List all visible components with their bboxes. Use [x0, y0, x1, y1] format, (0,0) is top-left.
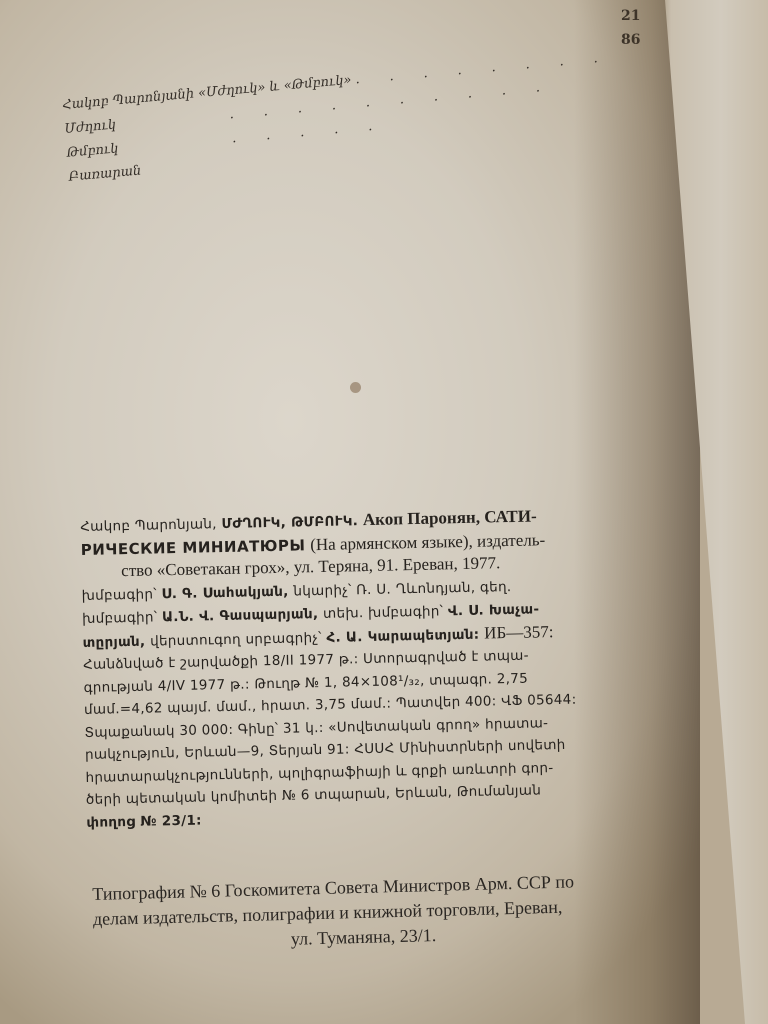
- toc-entry-label: Մժղուկ: [64, 117, 117, 136]
- credit-role: նկարիչ՝ Ռ. Ս.: [293, 581, 391, 599]
- credit-name: Վ. Ս. Խաչա-: [448, 601, 540, 619]
- credit-role: Ղևոնդյան, գեղ.: [396, 578, 512, 596]
- credit-name: Ս. Գ. Սահակյան,: [161, 583, 288, 602]
- table-of-contents: Հակոբ Պարոնյանի «Մժղուկ» և «Թմբուկ» ....…: [53, 0, 663, 140]
- toc-leader-dots: ........: [355, 49, 628, 88]
- author-title-russian: Акоп Паронян, САТИ-: [363, 506, 537, 529]
- toc-leader-dots: .....: [231, 116, 402, 146]
- colophon-block: Հակոբ Պարոնյան, ՄԺՂՈՒԿ, ԹՄԲՈՒԿ. Акоп Пар…: [80, 502, 687, 833]
- toc-page-number: 86: [621, 32, 640, 48]
- credit-name: Ա.Ն. Վ. Գասպարյան,: [162, 606, 319, 625]
- catalog-number: ИБ—357:: [484, 622, 554, 642]
- printer-info-russian: Типография № 6 Госкомитета Совета Минист…: [92, 866, 694, 957]
- toc-entry: Բառարան: [68, 163, 142, 184]
- title-armenian: ՄԺՂՈՒԿ, ԹՄԲՈՒԿ.: [221, 513, 358, 532]
- language-note: (На армянском языке), издатель-: [310, 530, 545, 554]
- toc-entry-label: Թմբուկ: [66, 141, 119, 160]
- book-page: Հակոբ Պարոնյանի «Մժղուկ» և «Թմբուկ» ....…: [0, 0, 700, 1024]
- credit-role: տեխ. խմբագիր՝: [323, 603, 443, 622]
- credit-name: Հ. Ա. Կարապետյան:: [326, 626, 479, 645]
- credit-name: տըրյան,: [83, 633, 146, 650]
- toc-entry-label: Բառարան: [68, 163, 142, 184]
- author-armenian: Հակոբ Պարոնյան,: [80, 516, 217, 535]
- credit-role: խմբագիր՝: [82, 609, 157, 627]
- toc-page-number: 21: [621, 8, 640, 24]
- title-russian-bold: РИЧЕСКИЕ МИНИАТЮРЫ: [81, 536, 306, 559]
- credit-role: խմբագիր՝: [82, 586, 157, 604]
- paper-stain: [350, 382, 361, 393]
- credit-role: վերստուգող սրբագրիչ՝: [150, 629, 322, 649]
